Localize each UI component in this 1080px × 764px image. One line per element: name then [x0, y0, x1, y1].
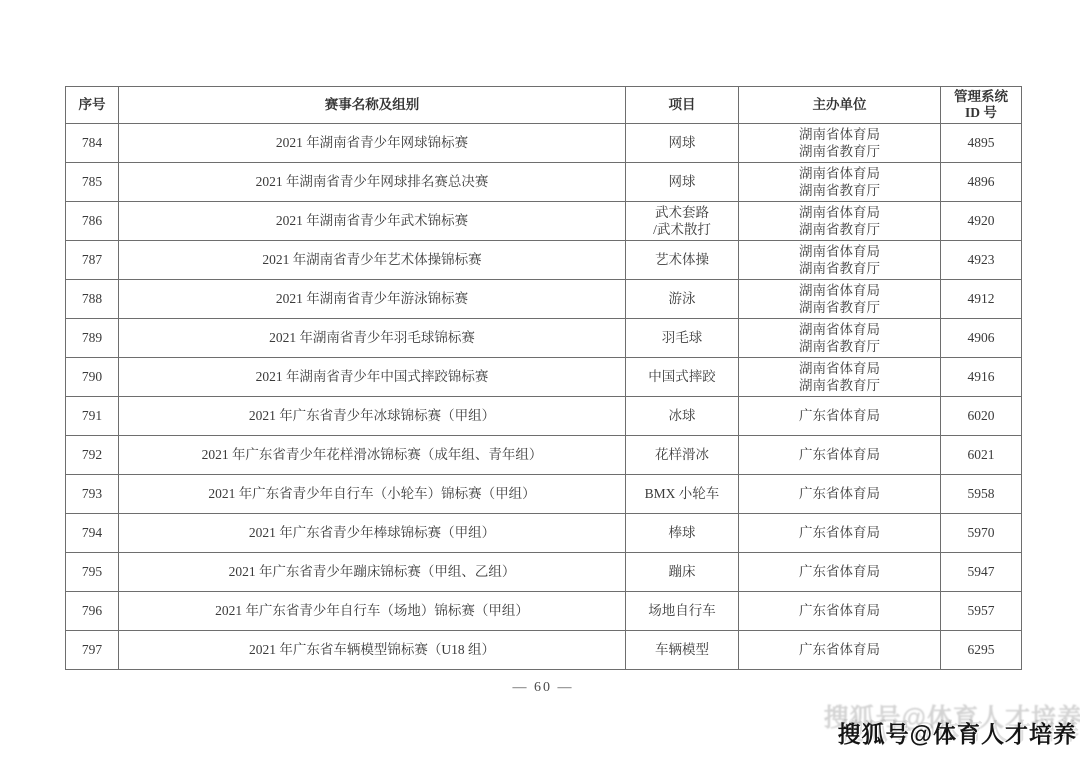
system-id-cell: 4923: [941, 241, 1022, 280]
system-id-cell: 5957: [941, 592, 1022, 631]
event-name-cell: 2021 年湖南省青少年中国式摔跤锦标赛: [119, 358, 626, 397]
sport-cell: 游泳: [626, 280, 739, 319]
table-row: 7922021 年广东省青少年花样滑冰锦标赛（成年组、青年组）花样滑冰广东省体育…: [66, 436, 1022, 475]
organizer-cell: 湖南省体育局湖南省教育厅: [739, 319, 941, 358]
table-row: 7902021 年湖南省青少年中国式摔跤锦标赛中国式摔跤湖南省体育局湖南省教育厅…: [66, 358, 1022, 397]
header-sport: 项目: [626, 87, 739, 124]
header-system-id: 管理系统 ID 号: [941, 87, 1022, 124]
event-name-cell: 2021 年湖南省青少年艺术体操锦标赛: [119, 241, 626, 280]
header-event-name: 赛事名称及组别: [119, 87, 626, 124]
event-name-cell: 2021 年湖南省青少年羽毛球锦标赛: [119, 319, 626, 358]
organizer-cell: 湖南省体育局湖南省教育厅: [739, 241, 941, 280]
event-name-cell: 2021 年广东省青少年冰球锦标赛（甲组）: [119, 397, 626, 436]
table-row: 7852021 年湖南省青少年网球排名赛总决赛网球湖南省体育局湖南省教育厅489…: [66, 163, 1022, 202]
seq-cell: 789: [66, 319, 119, 358]
organizer-cell: 广东省体育局: [739, 475, 941, 514]
sport-cell: 中国式摔跤: [626, 358, 739, 397]
document-page: { "colors": { "page_background": "#fffff…: [0, 0, 1080, 764]
sport-cell: 蹦床: [626, 553, 739, 592]
header-seq: 序号: [66, 87, 119, 124]
event-name-cell: 2021 年广东省车辆模型锦标赛（U18 组）: [119, 631, 626, 670]
sport-cell: 网球: [626, 124, 739, 163]
system-id-cell: 4896: [941, 163, 1022, 202]
system-id-cell: 6295: [941, 631, 1022, 670]
system-id-cell: 5947: [941, 553, 1022, 592]
table-row: 7932021 年广东省青少年自行车（小轮车）锦标赛（甲组）BMX 小轮车广东省…: [66, 475, 1022, 514]
sport-cell: 网球: [626, 163, 739, 202]
table-row: 7842021 年湖南省青少年网球锦标赛网球湖南省体育局湖南省教育厅4895: [66, 124, 1022, 163]
seq-cell: 796: [66, 592, 119, 631]
table-row: 7912021 年广东省青少年冰球锦标赛（甲组）冰球广东省体育局6020: [66, 397, 1022, 436]
organizer-cell: 广东省体育局: [739, 397, 941, 436]
system-id-cell: 5958: [941, 475, 1022, 514]
organizer-cell: 湖南省体育局湖南省教育厅: [739, 163, 941, 202]
seq-cell: 793: [66, 475, 119, 514]
header-organizer: 主办单位: [739, 87, 941, 124]
organizer-cell: 广东省体育局: [739, 631, 941, 670]
table-row: 7892021 年湖南省青少年羽毛球锦标赛羽毛球湖南省体育局湖南省教育厅4906: [66, 319, 1022, 358]
table-row: 7972021 年广东省车辆模型锦标赛（U18 组）车辆模型广东省体育局6295: [66, 631, 1022, 670]
sport-cell: 棒球: [626, 514, 739, 553]
sport-cell: 花样滑冰: [626, 436, 739, 475]
competitions-table: 序号 赛事名称及组别 项目 主办单位 管理系统 ID 号 7842021 年湖南…: [65, 86, 1022, 670]
table-row: 7862021 年湖南省青少年武术锦标赛武术套路/武术散打湖南省体育局湖南省教育…: [66, 202, 1022, 241]
event-name-cell: 2021 年湖南省青少年游泳锦标赛: [119, 280, 626, 319]
seq-cell: 791: [66, 397, 119, 436]
organizer-cell: 湖南省体育局湖南省教育厅: [739, 358, 941, 397]
table-body: 7842021 年湖南省青少年网球锦标赛网球湖南省体育局湖南省教育厅489578…: [66, 124, 1022, 670]
organizer-cell: 广东省体育局: [739, 592, 941, 631]
system-id-cell: 6020: [941, 397, 1022, 436]
seq-cell: 784: [66, 124, 119, 163]
event-name-cell: 2021 年广东省青少年棒球锦标赛（甲组）: [119, 514, 626, 553]
event-name-cell: 2021 年湖南省青少年武术锦标赛: [119, 202, 626, 241]
system-id-cell: 6021: [941, 436, 1022, 475]
table-row: 7942021 年广东省青少年棒球锦标赛（甲组）棒球广东省体育局5970: [66, 514, 1022, 553]
seq-cell: 797: [66, 631, 119, 670]
system-id-cell: 4912: [941, 280, 1022, 319]
system-id-cell: 4906: [941, 319, 1022, 358]
event-name-cell: 2021 年广东省青少年花样滑冰锦标赛（成年组、青年组）: [119, 436, 626, 475]
watermark: 搜狐号@体育人才培养 搜狐号@体育人才培养: [838, 716, 1077, 750]
organizer-cell: 广东省体育局: [739, 514, 941, 553]
watermark-text: 搜狐号@体育人才培养: [838, 721, 1077, 747]
table-header: 序号 赛事名称及组别 项目 主办单位 管理系统 ID 号: [66, 87, 1022, 124]
table-row: 7952021 年广东省青少年蹦床锦标赛（甲组、乙组）蹦床广东省体育局5947: [66, 553, 1022, 592]
sport-cell: 艺术体操: [626, 241, 739, 280]
table-row: 7882021 年湖南省青少年游泳锦标赛游泳湖南省体育局湖南省教育厅4912: [66, 280, 1022, 319]
sport-cell: 场地自行车: [626, 592, 739, 631]
system-id-cell: 4895: [941, 124, 1022, 163]
sport-cell: 羽毛球: [626, 319, 739, 358]
seq-cell: 787: [66, 241, 119, 280]
seq-cell: 794: [66, 514, 119, 553]
organizer-cell: 广东省体育局: [739, 436, 941, 475]
event-name-cell: 2021 年湖南省青少年网球排名赛总决赛: [119, 163, 626, 202]
organizer-cell: 湖南省体育局湖南省教育厅: [739, 124, 941, 163]
header-system-id-line1: 管理系统: [943, 89, 1019, 105]
event-name-cell: 2021 年广东省青少年蹦床锦标赛（甲组、乙组）: [119, 553, 626, 592]
organizer-cell: 湖南省体育局湖南省教育厅: [739, 202, 941, 241]
system-id-cell: 5970: [941, 514, 1022, 553]
system-id-cell: 4916: [941, 358, 1022, 397]
seq-cell: 790: [66, 358, 119, 397]
organizer-cell: 湖南省体育局湖南省教育厅: [739, 280, 941, 319]
sport-cell: 车辆模型: [626, 631, 739, 670]
system-id-cell: 4920: [941, 202, 1022, 241]
event-name-cell: 2021 年湖南省青少年网球锦标赛: [119, 124, 626, 163]
event-name-cell: 2021 年广东省青少年自行车（小轮车）锦标赛（甲组）: [119, 475, 626, 514]
seq-cell: 785: [66, 163, 119, 202]
sport-cell: 武术套路/武术散打: [626, 202, 739, 241]
seq-cell: 788: [66, 280, 119, 319]
sport-cell: 冰球: [626, 397, 739, 436]
seq-cell: 792: [66, 436, 119, 475]
event-name-cell: 2021 年广东省青少年自行车（场地）锦标赛（甲组）: [119, 592, 626, 631]
header-system-id-line2: ID 号: [943, 105, 1019, 121]
organizer-cell: 广东省体育局: [739, 553, 941, 592]
seq-cell: 795: [66, 553, 119, 592]
header-row: 序号 赛事名称及组别 项目 主办单位 管理系统 ID 号: [66, 87, 1022, 124]
table-row: 7962021 年广东省青少年自行车（场地）锦标赛（甲组）场地自行车广东省体育局…: [66, 592, 1022, 631]
table-row: 7872021 年湖南省青少年艺术体操锦标赛艺术体操湖南省体育局湖南省教育厅49…: [66, 241, 1022, 280]
seq-cell: 786: [66, 202, 119, 241]
page-number: — 60 —: [65, 680, 1021, 696]
sport-cell: BMX 小轮车: [626, 475, 739, 514]
